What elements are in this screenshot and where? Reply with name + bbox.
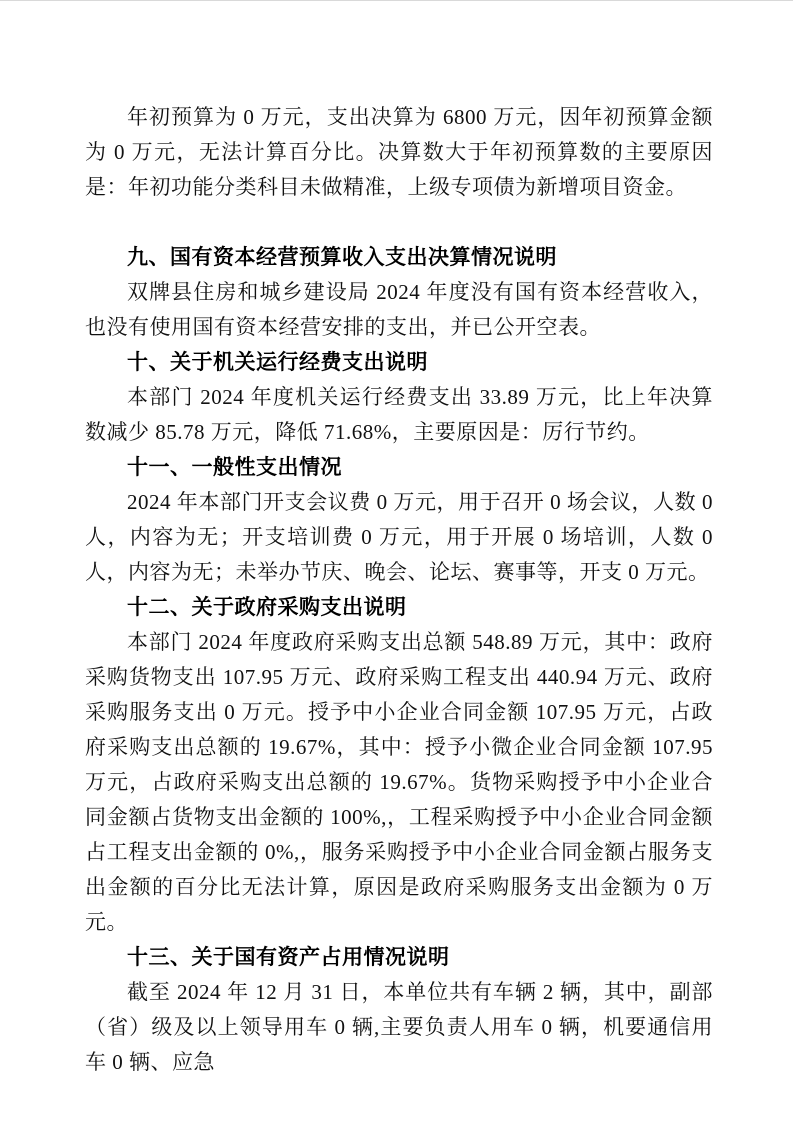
section-heading-12-procurement: 十二、关于政府采购支出说明 xyxy=(85,590,713,625)
paragraph-general-expenses: 2024 年本部门开支会议费 0 万元，用于召开 0 场会议，人数 0 人，内容… xyxy=(85,485,713,590)
paragraph-operating-expenses: 本部门 2024 年度机关运行经费支出 33.89 万元，比上年决算数减少 85… xyxy=(85,380,713,450)
document-page: 年初预算为 0 万元，支出决算为 6800 万元，因年初预算金额为 0 万元，无… xyxy=(0,0,793,1122)
section-heading-9-state-capital: 九、国有资本经营预算收入支出决算情况说明 xyxy=(85,240,713,275)
paragraph-procurement: 本部门 2024 年度政府采购支出总额 548.89 万元，其中：政府采购货物支… xyxy=(85,625,713,940)
section-heading-11-general-expenses: 十一、一般性支出情况 xyxy=(85,450,713,485)
section-heading-13-state-assets: 十三、关于国有资产占用情况说明 xyxy=(85,940,713,975)
paragraph-state-capital: 双牌县住房和城乡建设局 2024 年度没有国有资本经营收入，也没有使用国有资本经… xyxy=(85,275,713,345)
section-heading-10-operating-expenses: 十、关于机关运行经费支出说明 xyxy=(85,345,713,380)
paragraph-state-assets-vehicles: 截至 2024 年 12 月 31 日，本单位共有车辆 2 辆，其中，副部（省）… xyxy=(85,975,713,1080)
paragraph-budget-vs-final: 年初预算为 0 万元，支出决算为 6800 万元，因年初预算金额为 0 万元，无… xyxy=(85,100,713,205)
